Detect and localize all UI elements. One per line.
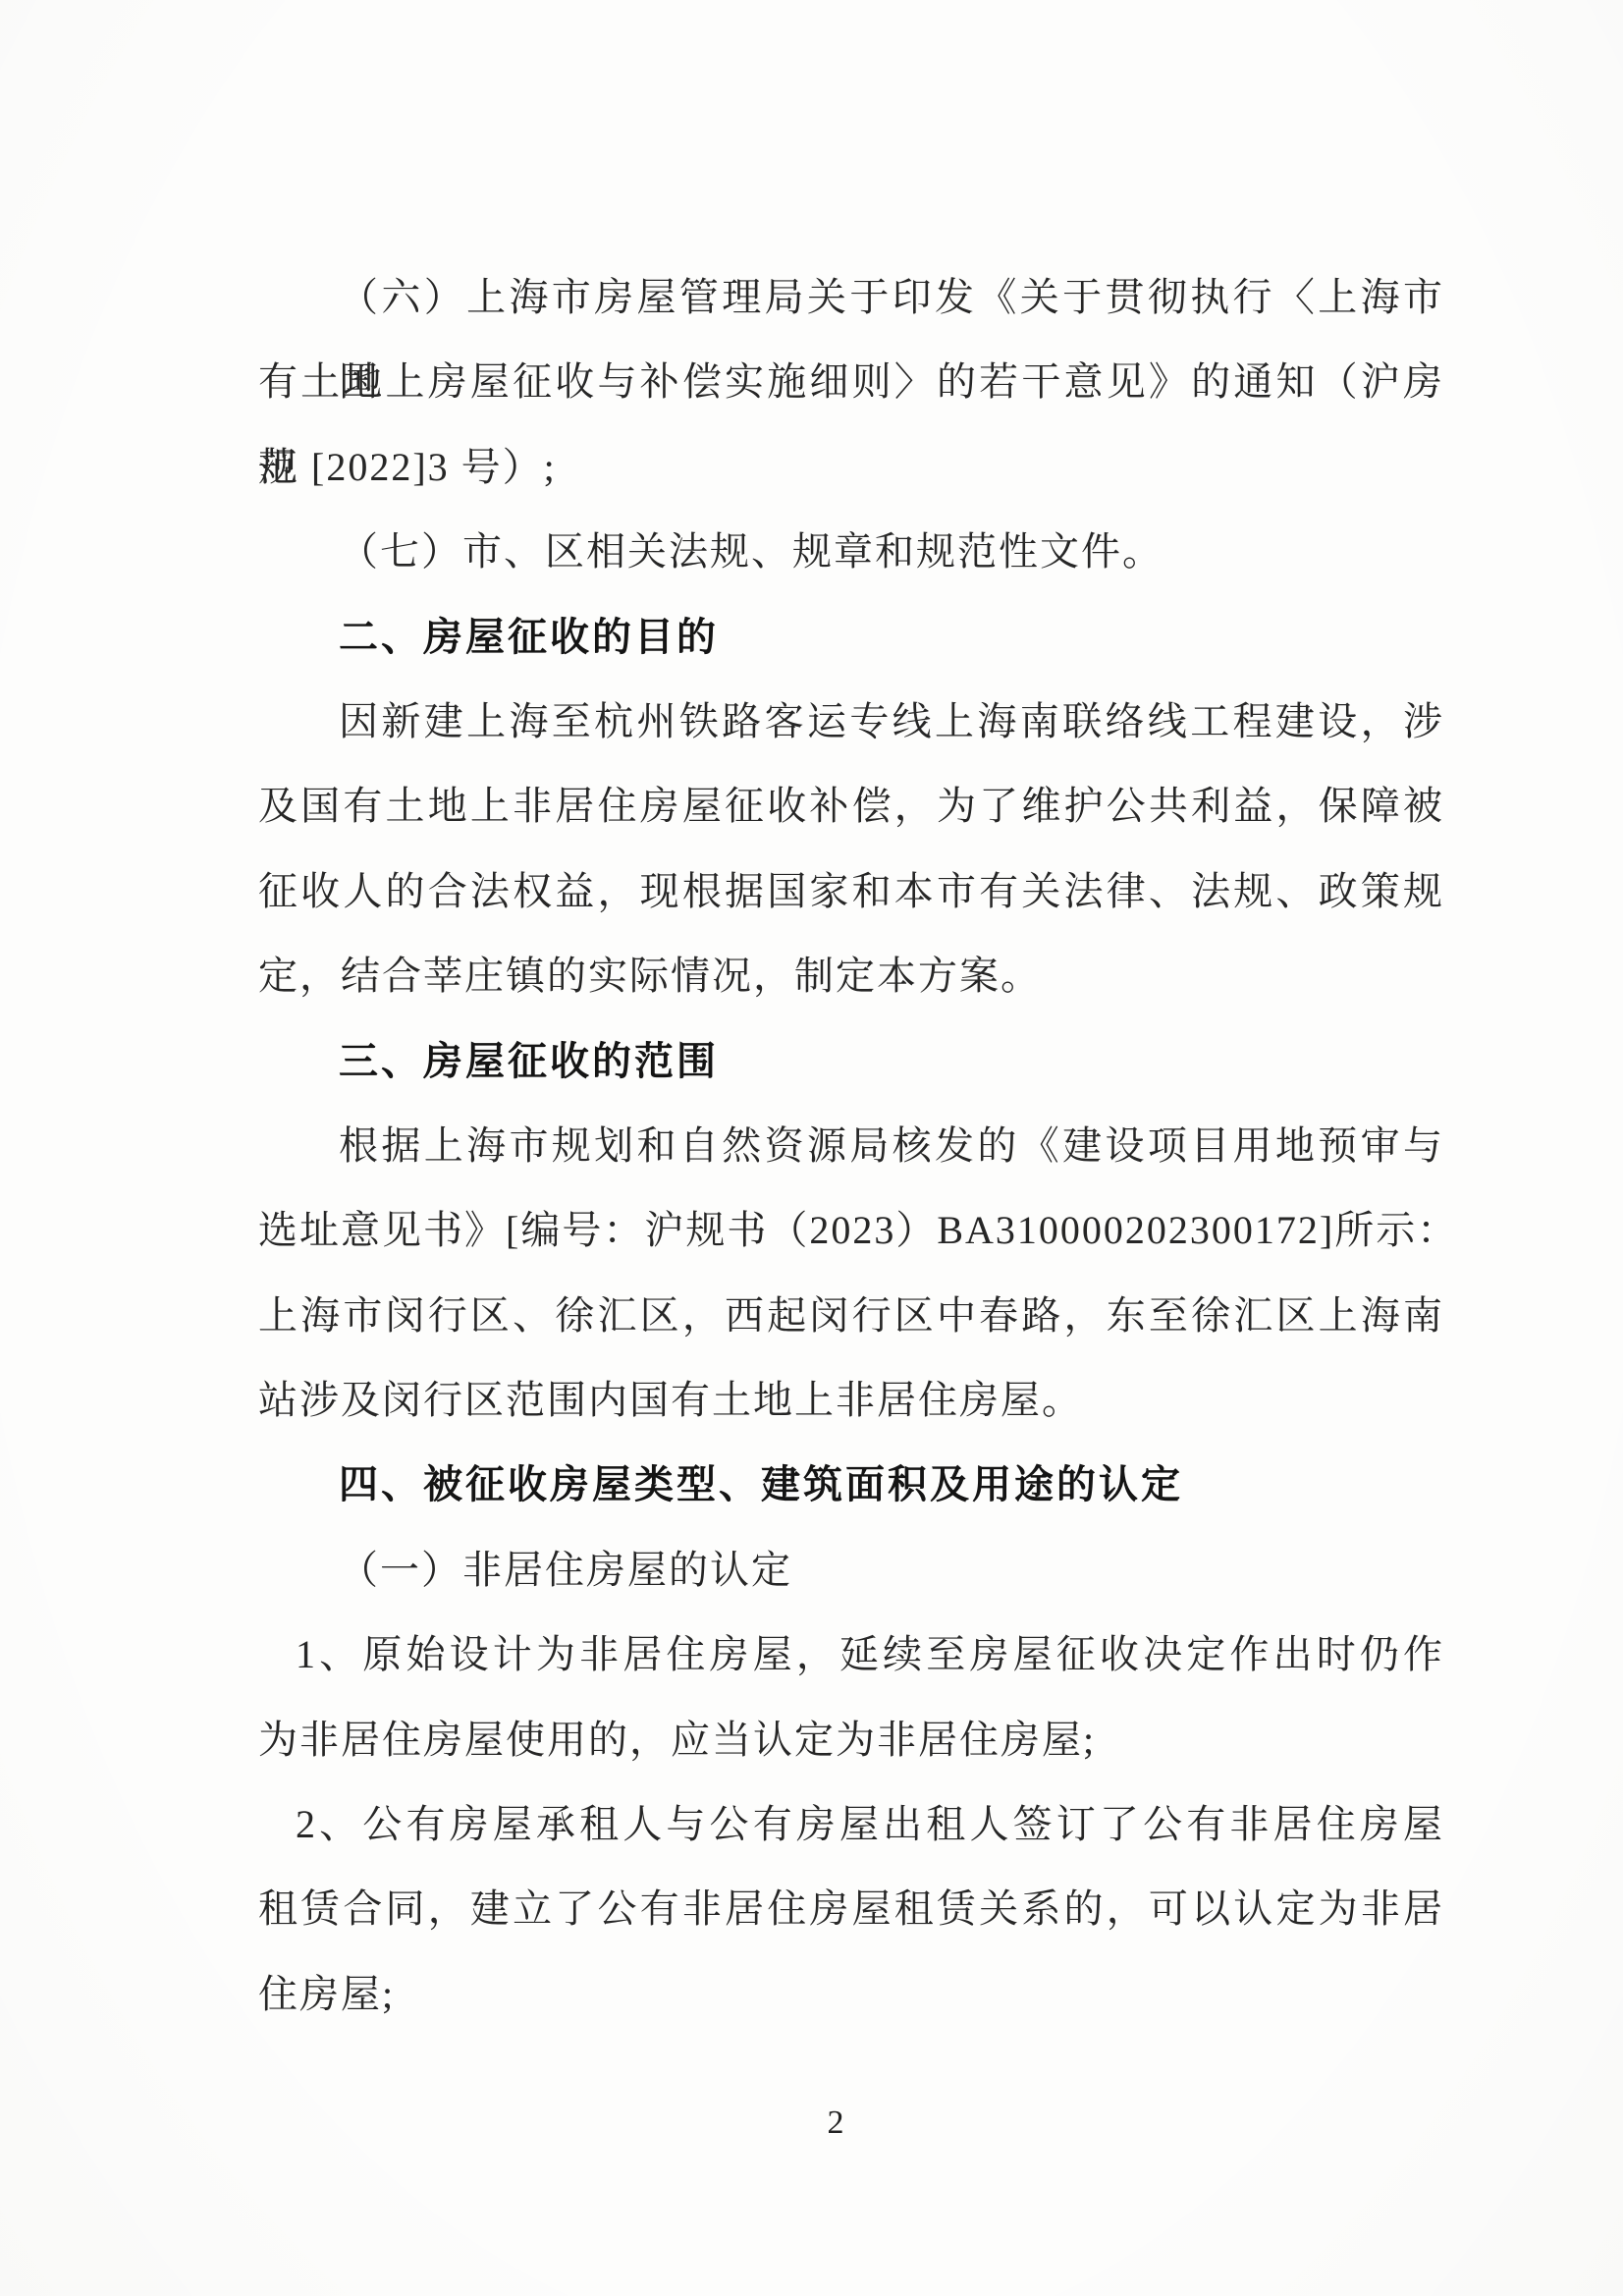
- section-heading-3: 三、房屋征收的范围: [258, 1019, 1444, 1104]
- text-line: 因新建上海至杭州铁路客运专线上海南联络线工程建设，涉: [258, 680, 1444, 764]
- document-body: （六）上海市房屋管理局关于印发《关于贯彻执行〈上海市国 有土地上房屋征收与补偿实…: [258, 255, 1444, 2037]
- text-line: 1、原始设计为非居住房屋，延续至房屋征收决定作出时仍作: [258, 1613, 1444, 1697]
- text-line: 范 [2022]3 号）;: [258, 425, 1444, 510]
- text-line: 选址意见书》[编号：沪规书（2023）BA310000202300172]所示：: [258, 1188, 1444, 1273]
- text-line: 及国有土地上非居住房屋征收补偿，为了维护公共利益，保障被: [258, 764, 1444, 848]
- text-line: 2、公有房屋承租人与公有房屋出租人签订了公有非居住房屋: [258, 1782, 1444, 1867]
- page-number: 2: [828, 2104, 844, 2143]
- text-line: 根据上海市规划和自然资源局核发的《建设项目用地预审与: [258, 1104, 1444, 1188]
- text-line: （七）市、区相关法规、规章和规范性文件。: [258, 510, 1444, 594]
- section-heading-4: 四、被征收房屋类型、建筑面积及用途的认定: [258, 1443, 1444, 1527]
- text-line: 租赁合同，建立了公有非居住房屋租赁关系的，可以认定为非居: [258, 1867, 1444, 1951]
- subsection-heading: （一）非居住房屋的认定: [258, 1528, 1444, 1613]
- text-line: 为非居住房屋使用的，应当认定为非居住房屋;: [258, 1698, 1444, 1782]
- section-heading-2: 二、房屋征收的目的: [258, 595, 1444, 680]
- text-line: 定，结合莘庄镇的实际情况，制定本方案。: [258, 934, 1444, 1018]
- text-line: 有土地上房屋征收与补偿实施细则〉的若干意见》的通知（沪房规: [258, 340, 1444, 424]
- text-line: 上海市闵行区、徐汇区，西起闵行区中春路，东至徐汇区上海南: [258, 1274, 1444, 1358]
- text-line: 征收人的合法权益，现根据国家和本市有关法律、法规、政策规: [258, 849, 1444, 934]
- text-line: 站涉及闵行区范围内国有土地上非居住房屋。: [258, 1358, 1444, 1443]
- text-line: 住房屋;: [258, 1952, 1444, 2037]
- text-line: （六）上海市房屋管理局关于印发《关于贯彻执行〈上海市国: [258, 255, 1444, 340]
- document-page: （六）上海市房屋管理局关于印发《关于贯彻执行〈上海市国 有土地上房屋征收与补偿实…: [0, 0, 1623, 2296]
